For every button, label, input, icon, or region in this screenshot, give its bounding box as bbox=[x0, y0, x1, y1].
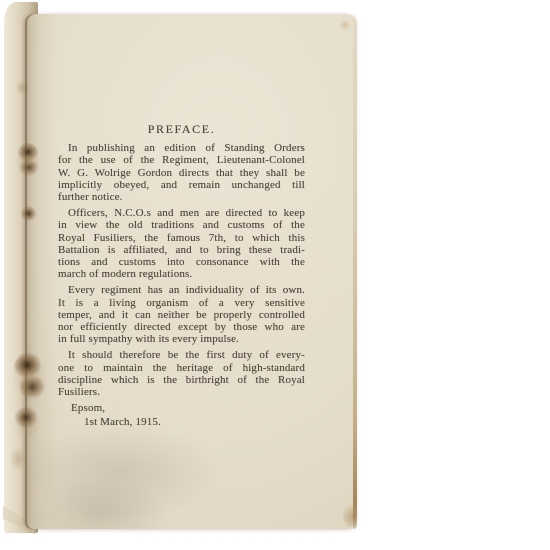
foxing-spot bbox=[9, 447, 27, 471]
page-text: PREFACE. In publishing an edition of Sta… bbox=[58, 123, 305, 429]
signoff-place: Epsom, bbox=[58, 402, 305, 414]
paragraph: Every regiment has an individuality of i… bbox=[58, 284, 305, 345]
bottom-corner-stain bbox=[343, 501, 357, 527]
text-line: implicitly obeyed, and remain unchanged … bbox=[58, 179, 305, 191]
corner-stain bbox=[339, 19, 351, 31]
text-line: W. G. Wolrige Gordon directs that they s… bbox=[58, 167, 305, 179]
foxing-spot bbox=[16, 143, 40, 177]
text-line: march of modern regulations. bbox=[58, 268, 305, 280]
foxing-spot bbox=[20, 204, 38, 223]
text-line: In publishing an edition of Standing Ord… bbox=[58, 142, 305, 154]
book-photo: PREFACE. In publishing an edition of Sta… bbox=[0, 0, 550, 550]
foxing-spot bbox=[15, 80, 30, 95]
preface-paragraphs: In publishing an edition of Standing Ord… bbox=[58, 142, 305, 398]
text-line: Fusiliers. bbox=[58, 386, 305, 398]
text-line: in view the old traditions and customs o… bbox=[58, 219, 305, 231]
paragraph: In publishing an edition of Standing Ord… bbox=[58, 142, 305, 203]
book-page: PREFACE. In publishing an edition of Sta… bbox=[27, 14, 357, 529]
text-line: Every regiment has an individuality of i… bbox=[58, 284, 305, 296]
text-line: one to maintain the heritage of high-sta… bbox=[58, 362, 305, 374]
text-line: in full sympathy with its every impulse. bbox=[58, 333, 305, 345]
foxing-spot bbox=[12, 351, 48, 401]
text-line: temper, and it can neither be properly c… bbox=[58, 309, 305, 321]
text-line: further notice. bbox=[58, 191, 305, 203]
text-line: for the use of the Regiment, Lieutenant-… bbox=[58, 154, 305, 166]
signoff-date: 1st March, 1915. bbox=[58, 416, 305, 428]
text-line: Royal Fusiliers, the famous 7th, to whic… bbox=[58, 232, 305, 244]
text-line: Officers, N.C.O.s and men are directed t… bbox=[58, 207, 305, 219]
page-fore-edge bbox=[353, 14, 357, 529]
text-line: It should therefore be the first duty of… bbox=[58, 349, 305, 361]
text-line: It is a living organism of a very sensit… bbox=[58, 297, 305, 309]
paragraph: Officers, N.C.O.s and men are directed t… bbox=[58, 207, 305, 281]
preface-heading: PREFACE. bbox=[58, 123, 305, 136]
paragraph: It should therefore be the first duty of… bbox=[58, 349, 305, 398]
text-line: Battalion is affiliated, and to bring th… bbox=[58, 244, 305, 256]
foxing-spot bbox=[13, 403, 41, 436]
text-line: nor efficiently directed except by those… bbox=[58, 321, 305, 333]
text-line: tions and customs into consonance with t… bbox=[58, 256, 305, 268]
text-line: discipline which is the birthright of th… bbox=[58, 374, 305, 386]
